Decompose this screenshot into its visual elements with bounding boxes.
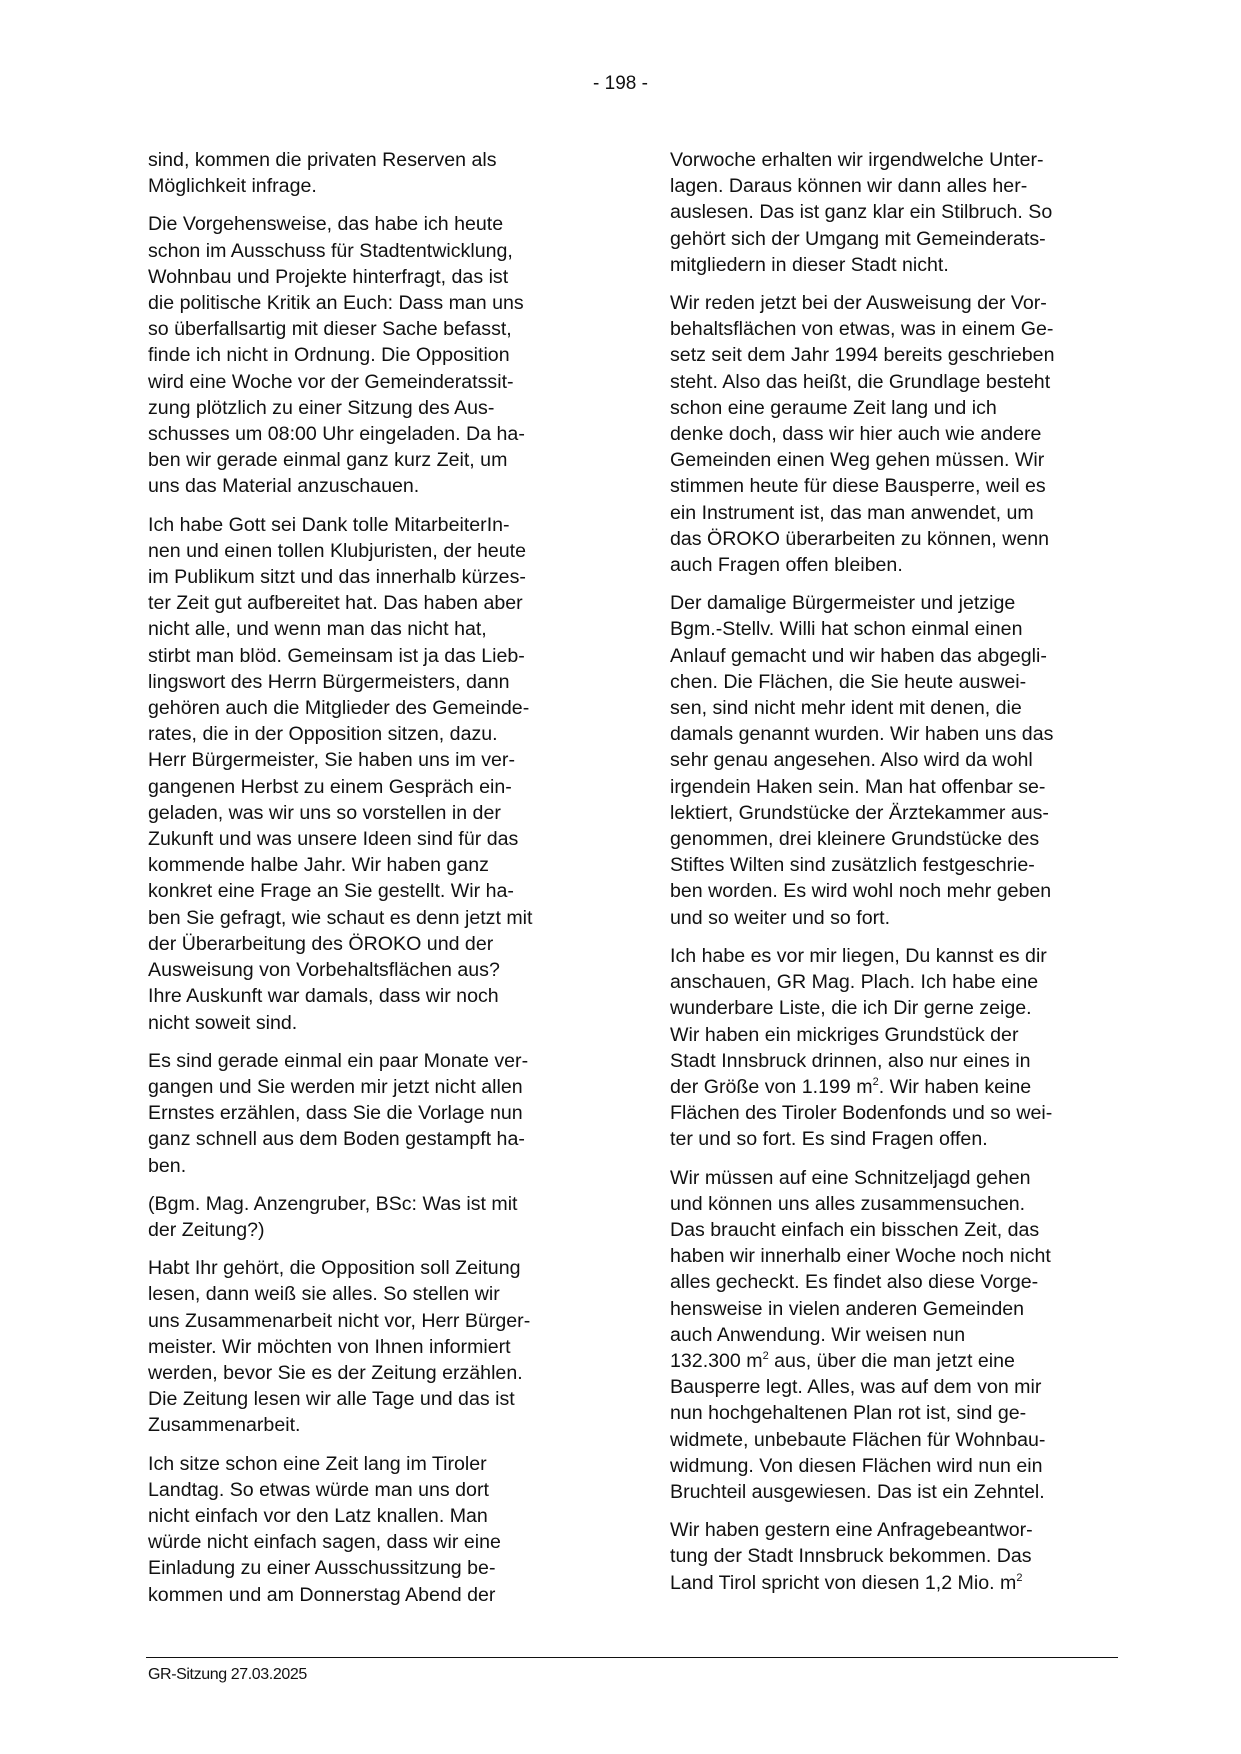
right-column: Vorwoche erhalten wir irgendwelche Unter… [670,147,1140,1608]
text-line: finde ich nicht in Ordnung. Die Oppositi… [148,342,613,368]
text-line: haben wir innerhalb einer Woche noch nic… [670,1243,1140,1269]
text-line: mitgliedern in dieser Stadt nicht. [670,252,1140,278]
paragraph: (Bgm. Mag. Anzengruber, BSc: Was ist mit… [148,1191,613,1243]
paragraph: Es sind gerade einmal ein paar Monate ve… [148,1048,613,1179]
text-line: Wir haben gestern eine Anfragebeantwor- [670,1517,1140,1543]
text-line: im Publikum sitzt und das innerhalb kürz… [148,564,613,590]
text-line: Stiftes Wilten sind zusätzlich festgesch… [670,852,1140,878]
text-line: Ich habe Gott sei Dank tolle Mitarbeiter… [148,512,613,538]
text-line: (Bgm. Mag. Anzengruber, BSc: Was ist mit [148,1191,613,1217]
text-line: das ÖROKO überarbeiten zu können, wenn [670,526,1140,552]
text-line: Möglichkeit infrage. [148,173,613,199]
text-line: Wir haben ein mickriges Grundstück der [670,1022,1140,1048]
paragraph: Vorwoche erhalten wir irgendwelche Unter… [670,147,1140,278]
text-line: ter und so fort. Es sind Fragen offen. [670,1126,1140,1152]
text-line: Die Vorgehensweise, das habe ich heute [148,211,613,237]
text-line: lesen, dann weiß sie alles. So stellen w… [148,1281,613,1307]
text-line: behaltsflächen von etwas, was in einem G… [670,316,1140,342]
text-line: steht. Also das heißt, die Grundlage bes… [670,369,1140,395]
text-line: die politische Kritik an Euch: Dass man … [148,290,613,316]
text-line: Habt Ihr gehört, die Opposition soll Zei… [148,1255,613,1281]
text-line: ter Zeit gut aufbereitet hat. Das haben … [148,590,613,616]
text-line: Wir müssen auf eine Schnitzeljagd gehen [670,1165,1140,1191]
text-line: Zukunft und was unsere Ideen sind für da… [148,826,613,852]
text-segment: Land Tirol spricht von diesen 1,2 Mio. m [670,1572,1016,1594]
text-line: nen und einen tollen Klubjuristen, der h… [148,538,613,564]
text-line: Der damalige Bürgermeister und jetzige [670,590,1140,616]
text-line: denke doch, dass wir hier auch wie ander… [670,421,1140,447]
text-line: nun hochgehaltenen Plan rot ist, sind ge… [670,1400,1140,1426]
paragraph: Ich habe es vor mir liegen, Du kannst es… [670,943,1140,1153]
text-line: uns Zusammenarbeit nicht vor, Herr Bürge… [148,1308,613,1334]
text-line: der Überarbeitung des ÖROKO und der [148,931,613,957]
text-line: kommende halbe Jahr. Wir haben ganz [148,852,613,878]
paragraph: Ich habe Gott sei Dank tolle Mitarbeiter… [148,512,613,1036]
text-line: ben wir gerade einmal ganz kurz Zeit, um [148,447,613,473]
paragraph: Die Vorgehensweise, das habe ich heutesc… [148,211,613,499]
text-line: rates, die in der Opposition sitzen, daz… [148,721,613,747]
text-line: 132.300 m2 aus, über die man jetzt eine [670,1348,1140,1374]
text-line: Ausweisung von Vorbehaltsflächen aus? [148,957,613,983]
paragraph: sind, kommen die privaten Reserven alsMö… [148,147,613,199]
paragraph: Der damalige Bürgermeister und jetzigeBg… [670,590,1140,931]
text-line: ein Instrument ist, das man anwendet, um [670,500,1140,526]
text-line: setz seit dem Jahr 1994 bereits geschrie… [670,342,1140,368]
text-line: Einladung zu einer Ausschussitzung be- [148,1555,613,1581]
text-line: Die Zeitung lesen wir alle Tage und das … [148,1386,613,1412]
text-line: Ich habe es vor mir liegen, Du kannst es… [670,943,1140,969]
text-line: Ernstes erzählen, dass Sie die Vorlage n… [148,1100,613,1126]
text-segment: 132.300 m [670,1350,763,1372]
text-line: und können uns alles zusammensuchen. [670,1191,1140,1217]
text-line: ben worden. Es wird wohl noch mehr geben [670,878,1140,904]
text-line: stimmen heute für diese Bausperre, weil … [670,473,1140,499]
text-line: Bruchteil ausgewiesen. Das ist ein Zehnt… [670,1479,1140,1505]
text-line: auslesen. Das ist ganz klar ein Stilbruc… [670,199,1140,225]
text-line: ganz schnell aus dem Boden gestampft ha- [148,1126,613,1152]
text-segment: aus, über die man jetzt eine [769,1350,1015,1372]
text-line: Bgm.-Stellv. Willi hat schon einmal eine… [670,616,1140,642]
text-line: Anlauf gemacht und wir haben das abgegli… [670,643,1140,669]
text-line: nicht einfach vor den Latz knallen. Man [148,1503,613,1529]
superscript-exponent: 2 [1016,1572,1022,1584]
text-line: irgendein Haken sein. Man hat offenbar s… [670,774,1140,800]
text-line: so überfallsartig mit dieser Sache befas… [148,316,613,342]
text-line: damals genannt wurden. Wir haben uns das [670,721,1140,747]
text-line: Das braucht einfach ein bisschen Zeit, d… [670,1217,1140,1243]
text-line: hensweise in vielen anderen Gemeinden [670,1296,1140,1322]
text-line: Ihre Auskunft war damals, dass wir noch [148,983,613,1009]
paragraph: Wir reden jetzt bei der Ausweisung der V… [670,290,1140,578]
text-line: anschauen, GR Mag. Plach. Ich habe eine [670,969,1140,995]
text-line: würde nicht einfach sagen, dass wir eine [148,1529,613,1555]
text-line: Land Tirol spricht von diesen 1,2 Mio. m… [670,1570,1140,1596]
text-line: zung plötzlich zu einer Sitzung des Aus- [148,395,613,421]
text-line: sen, sind nicht mehr ident mit denen, di… [670,695,1140,721]
text-segment: der Größe von 1.199 m [670,1076,873,1098]
text-line: Zusammenarbeit. [148,1412,613,1438]
text-line: Ich sitze schon eine Zeit lang im Tirole… [148,1451,613,1477]
paragraph: Wir müssen auf eine Schnitzeljagd gehenu… [670,1165,1140,1506]
text-line: der Zeitung?) [148,1217,613,1243]
text-line: werden, bevor Sie es der Zeitung erzähle… [148,1360,613,1386]
text-line: Stadt Innsbruck drinnen, also nur eines … [670,1048,1140,1074]
text-line: gangenen Herbst zu einem Gespräch ein- [148,774,613,800]
text-line: nicht alle, und wenn man das nicht hat, [148,616,613,642]
text-line: wird eine Woche vor der Gemeinderatssit- [148,369,613,395]
text-line: alles gecheckt. Es findet also diese Vor… [670,1269,1140,1295]
text-line: auch Anwendung. Wir weisen nun [670,1322,1140,1348]
text-line: Herr Bürgermeister, Sie haben uns im ver… [148,747,613,773]
text-line: lingswort des Herrn Bürgermeisters, dann [148,669,613,695]
text-line: gehört sich der Umgang mit Gemeinderats- [670,226,1140,252]
text-line: uns das Material anzuschauen. [148,473,613,499]
left-column: sind, kommen die privaten Reserven alsMö… [148,147,613,1620]
text-line: tung der Stadt Innsbruck bekommen. Das [670,1543,1140,1569]
text-line: wunderbare Liste, die ich Dir gerne zeig… [670,995,1140,1021]
text-line: schusses um 08:00 Uhr eingeladen. Da ha- [148,421,613,447]
text-line: sehr genau angesehen. Also wird da wohl [670,747,1140,773]
text-line: gangen und Sie werden mir jetzt nicht al… [148,1074,613,1100]
text-line: schon eine geraume Zeit lang und ich [670,395,1140,421]
paragraph: Ich sitze schon eine Zeit lang im Tirole… [148,1451,613,1608]
text-line: und so weiter und so fort. [670,905,1140,931]
text-line: konkret eine Frage an Sie gestellt. Wir … [148,878,613,904]
footer-session-date: GR-Sitzung 27.03.2025 [148,1665,307,1685]
text-line: meister. Wir möchten von Ihnen informier… [148,1334,613,1360]
text-line: Wohnbau und Projekte hinterfragt, das is… [148,264,613,290]
text-line: Vorwoche erhalten wir irgendwelche Unter… [670,147,1140,173]
text-line: schon im Ausschuss für Stadtentwicklung, [148,238,613,264]
text-line: sind, kommen die privaten Reserven als [148,147,613,173]
text-line: chen. Die Flächen, die Sie heute auswei- [670,669,1140,695]
text-line: nicht soweit sind. [148,1010,613,1036]
text-line: ben Sie gefragt, wie schaut es denn jetz… [148,905,613,931]
text-line: gehören auch die Mitglieder des Gemeinde… [148,695,613,721]
text-line: geladen, was wir uns so vorstellen in de… [148,800,613,826]
text-line: stirbt man blöd. Gemeinsam ist ja das Li… [148,643,613,669]
text-line: lektiert, Grundstücke der Ärztekammer au… [670,800,1140,826]
text-line: auch Fragen offen bleiben. [670,552,1140,578]
footer-divider [146,1657,1118,1658]
text-segment: . Wir haben keine [879,1076,1031,1098]
text-line: Flächen des Tiroler Bodenfonds und so we… [670,1100,1140,1126]
text-line: Landtag. So etwas würde man uns dort [148,1477,613,1503]
text-line: Bausperre legt. Alles, was auf dem von m… [670,1374,1140,1400]
text-line: der Größe von 1.199 m2. Wir haben keine [670,1074,1140,1100]
text-line: Es sind gerade einmal ein paar Monate ve… [148,1048,613,1074]
paragraph: Habt Ihr gehört, die Opposition soll Zei… [148,1255,613,1438]
paragraph: Wir haben gestern eine Anfragebeantwor-t… [670,1517,1140,1596]
text-line: lagen. Daraus können wir dann alles her- [670,173,1140,199]
page-number: - 198 - [0,72,1241,96]
text-line: Gemeinden einen Weg gehen müssen. Wir [670,447,1140,473]
text-line: ben. [148,1153,613,1179]
text-line: genommen, drei kleinere Grundstücke des [670,826,1140,852]
text-line: kommen und am Donnerstag Abend der [148,1582,613,1608]
text-line: widmete, unbebaute Flächen für Wohnbau- [670,1427,1140,1453]
text-line: widmung. Von diesen Flächen wird nun ein [670,1453,1140,1479]
text-line: Wir reden jetzt bei der Ausweisung der V… [670,290,1140,316]
